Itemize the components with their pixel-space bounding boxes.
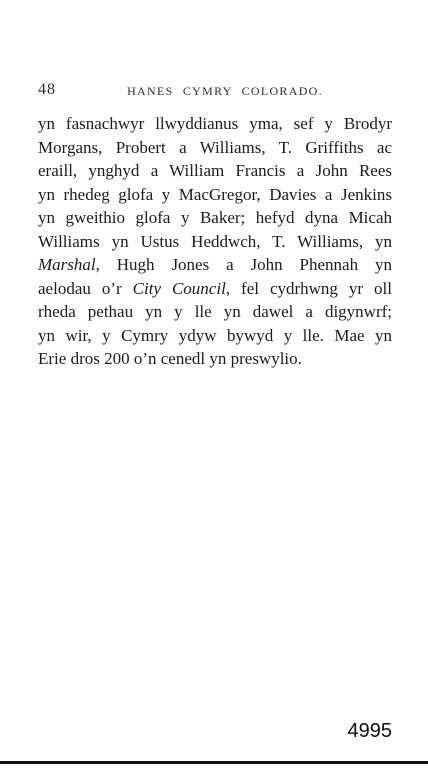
italic-text-segment: Marshal [38,255,96,274]
italic-text-segment: City Council [133,279,226,298]
text-line: yn fasnachwyr llwyddianus yma, sef y Bro… [38,112,392,136]
text-segment: yn fasnachwyr llwyddianus yma, sef y Bro… [38,114,392,133]
scanned-book-page: 48 HANES CYMRY COLORADO. yn fasnachwyr l… [0,0,428,768]
text-line: yn rhedeg glofa y MacGregor, Davies a Je… [38,183,392,207]
text-segment: aelodau o’r [38,279,133,298]
text-segment: Williams yn Ustus Heddwch, T. Williams, … [38,232,392,251]
text-segment: Morgans, Probert a Williams, T. Griffith… [38,138,392,157]
text-segment: , fel cydrhwng yr oll [226,279,392,298]
text-line: Erie dros 200 o’n cenedl yn preswylio. [38,347,392,371]
text-line: rheda pethau yn y lle yn dawel a digynwr… [38,300,392,324]
text-line: aelodau o’r City Council, fel cydrhwng y… [38,277,392,301]
header-running-title: HANES CYMRY COLORADO. [84,84,366,99]
text-segment: eraill, ynghyd a William Francis a John … [38,161,392,180]
text-segment: yn rhedeg glofa y MacGregor, Davies a Je… [38,185,392,204]
text-line: yn gweithio glofa y Baker; hefyd dyna Mi… [38,206,392,230]
header-page-number: 48 [38,81,56,99]
text-segment: yn wir, y Cymry ydyw bywyd y lle. Mae yn [38,326,392,345]
bottom-rule [0,761,428,764]
text-line: Morgans, Probert a Williams, T. Griffith… [38,136,392,160]
text-line: eraill, ynghyd a William Francis a John … [38,159,392,183]
text-line: Marshal, Hugh Jones a John Phennah yn [38,253,392,277]
text-segment: Erie dros 200 o’n cenedl yn preswylio. [38,349,302,368]
scan-page-number: 4995 [348,720,393,743]
body-text: yn fasnachwyr llwyddianus yma, sef y Bro… [38,112,392,371]
running-header: 48 HANES CYMRY COLORADO. [38,81,392,99]
text-line: Williams yn Ustus Heddwch, T. Williams, … [38,230,392,254]
text-segment: rheda pethau yn y lle yn dawel a digynwr… [38,302,392,321]
text-segment: , Hugh Jones a John Phennah yn [96,255,392,274]
text-segment: yn gweithio glofa y Baker; hefyd dyna Mi… [38,208,392,227]
text-line: yn wir, y Cymry ydyw bywyd y lle. Mae yn [38,324,392,348]
